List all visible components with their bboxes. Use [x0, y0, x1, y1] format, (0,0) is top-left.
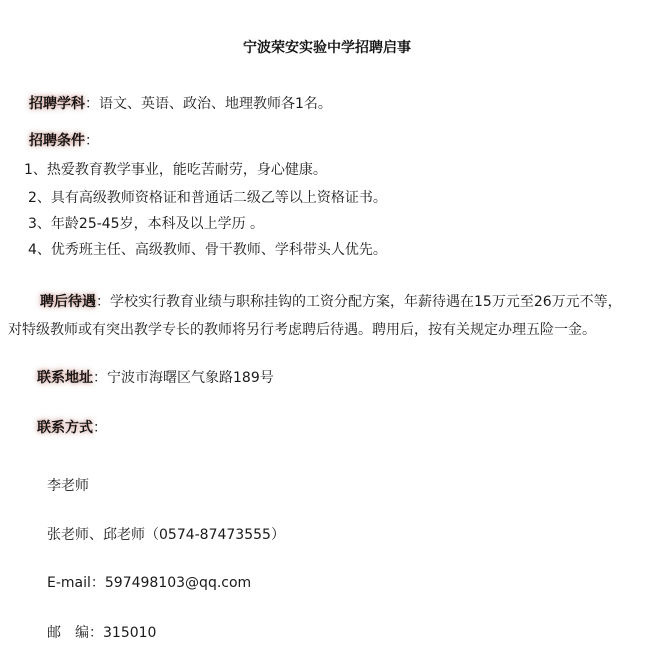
contact-email[interactable]: E-mail：597498103@qq.com: [47, 573, 251, 593]
contact-heading: 联系方式：: [37, 418, 107, 438]
benefits-text-line1: 学校实行教育业绩与职称挂钩的工资分配方案，年薪待遇在15万元至26万元不等，: [110, 294, 622, 310]
subjects-colon: ：: [85, 96, 99, 112]
contact-label: 联系方式: [37, 420, 93, 436]
benefits-label: 聘后待遇: [40, 294, 96, 310]
conditions-label: 招聘条件: [29, 133, 85, 149]
address-colon: ：: [93, 370, 107, 386]
condition-item-4: 4、优秀班主任、高级教师、骨干教师、学科带头人优先。: [28, 240, 387, 260]
conditions-colon: ：: [85, 133, 99, 149]
address-row: 联系地址：宁波市海曙区气象路189号: [37, 368, 274, 388]
contact-postcode: 邮 编：315010: [47, 623, 156, 643]
subjects-value: 语文、英语、政治、地理教师各1名。: [99, 96, 332, 112]
page-title: 宁波荣安实验中学招聘启事: [0, 38, 654, 58]
condition-item-1: 1、热爱教育教学事业，能吃苦耐劳，身心健康。: [24, 160, 327, 180]
contact-person-2: 张老师、邱老师（0574-87473555）: [47, 525, 285, 545]
condition-item-3: 3、年龄25-45岁，本科及以上学历 。: [28, 214, 264, 234]
contact-colon: ：: [93, 420, 107, 436]
address-value: 宁波市海曙区气象路189号: [107, 370, 274, 386]
condition-item-2: 2、具有高级教师资格证和普通话二级乙等以上资格证书。: [28, 188, 387, 208]
benefits-row: 聘后待遇：学校实行教育业绩与职称挂钩的工资分配方案，年薪待遇在15万元至26万元…: [40, 292, 622, 312]
subjects-label: 招聘学科: [29, 96, 85, 112]
subjects-row: 招聘学科：语文、英语、政治、地理教师各1名。: [29, 94, 332, 114]
benefits-text-line2: 对特级教师或有突出教学专长的教师将另行考虑聘后待遇。聘用后，按有关规定办理五险一…: [8, 320, 596, 340]
benefits-colon: ：: [96, 294, 110, 310]
conditions-heading: 招聘条件：: [29, 131, 99, 151]
contact-person-1: 李老师: [47, 476, 89, 496]
address-label: 联系地址: [37, 370, 93, 386]
